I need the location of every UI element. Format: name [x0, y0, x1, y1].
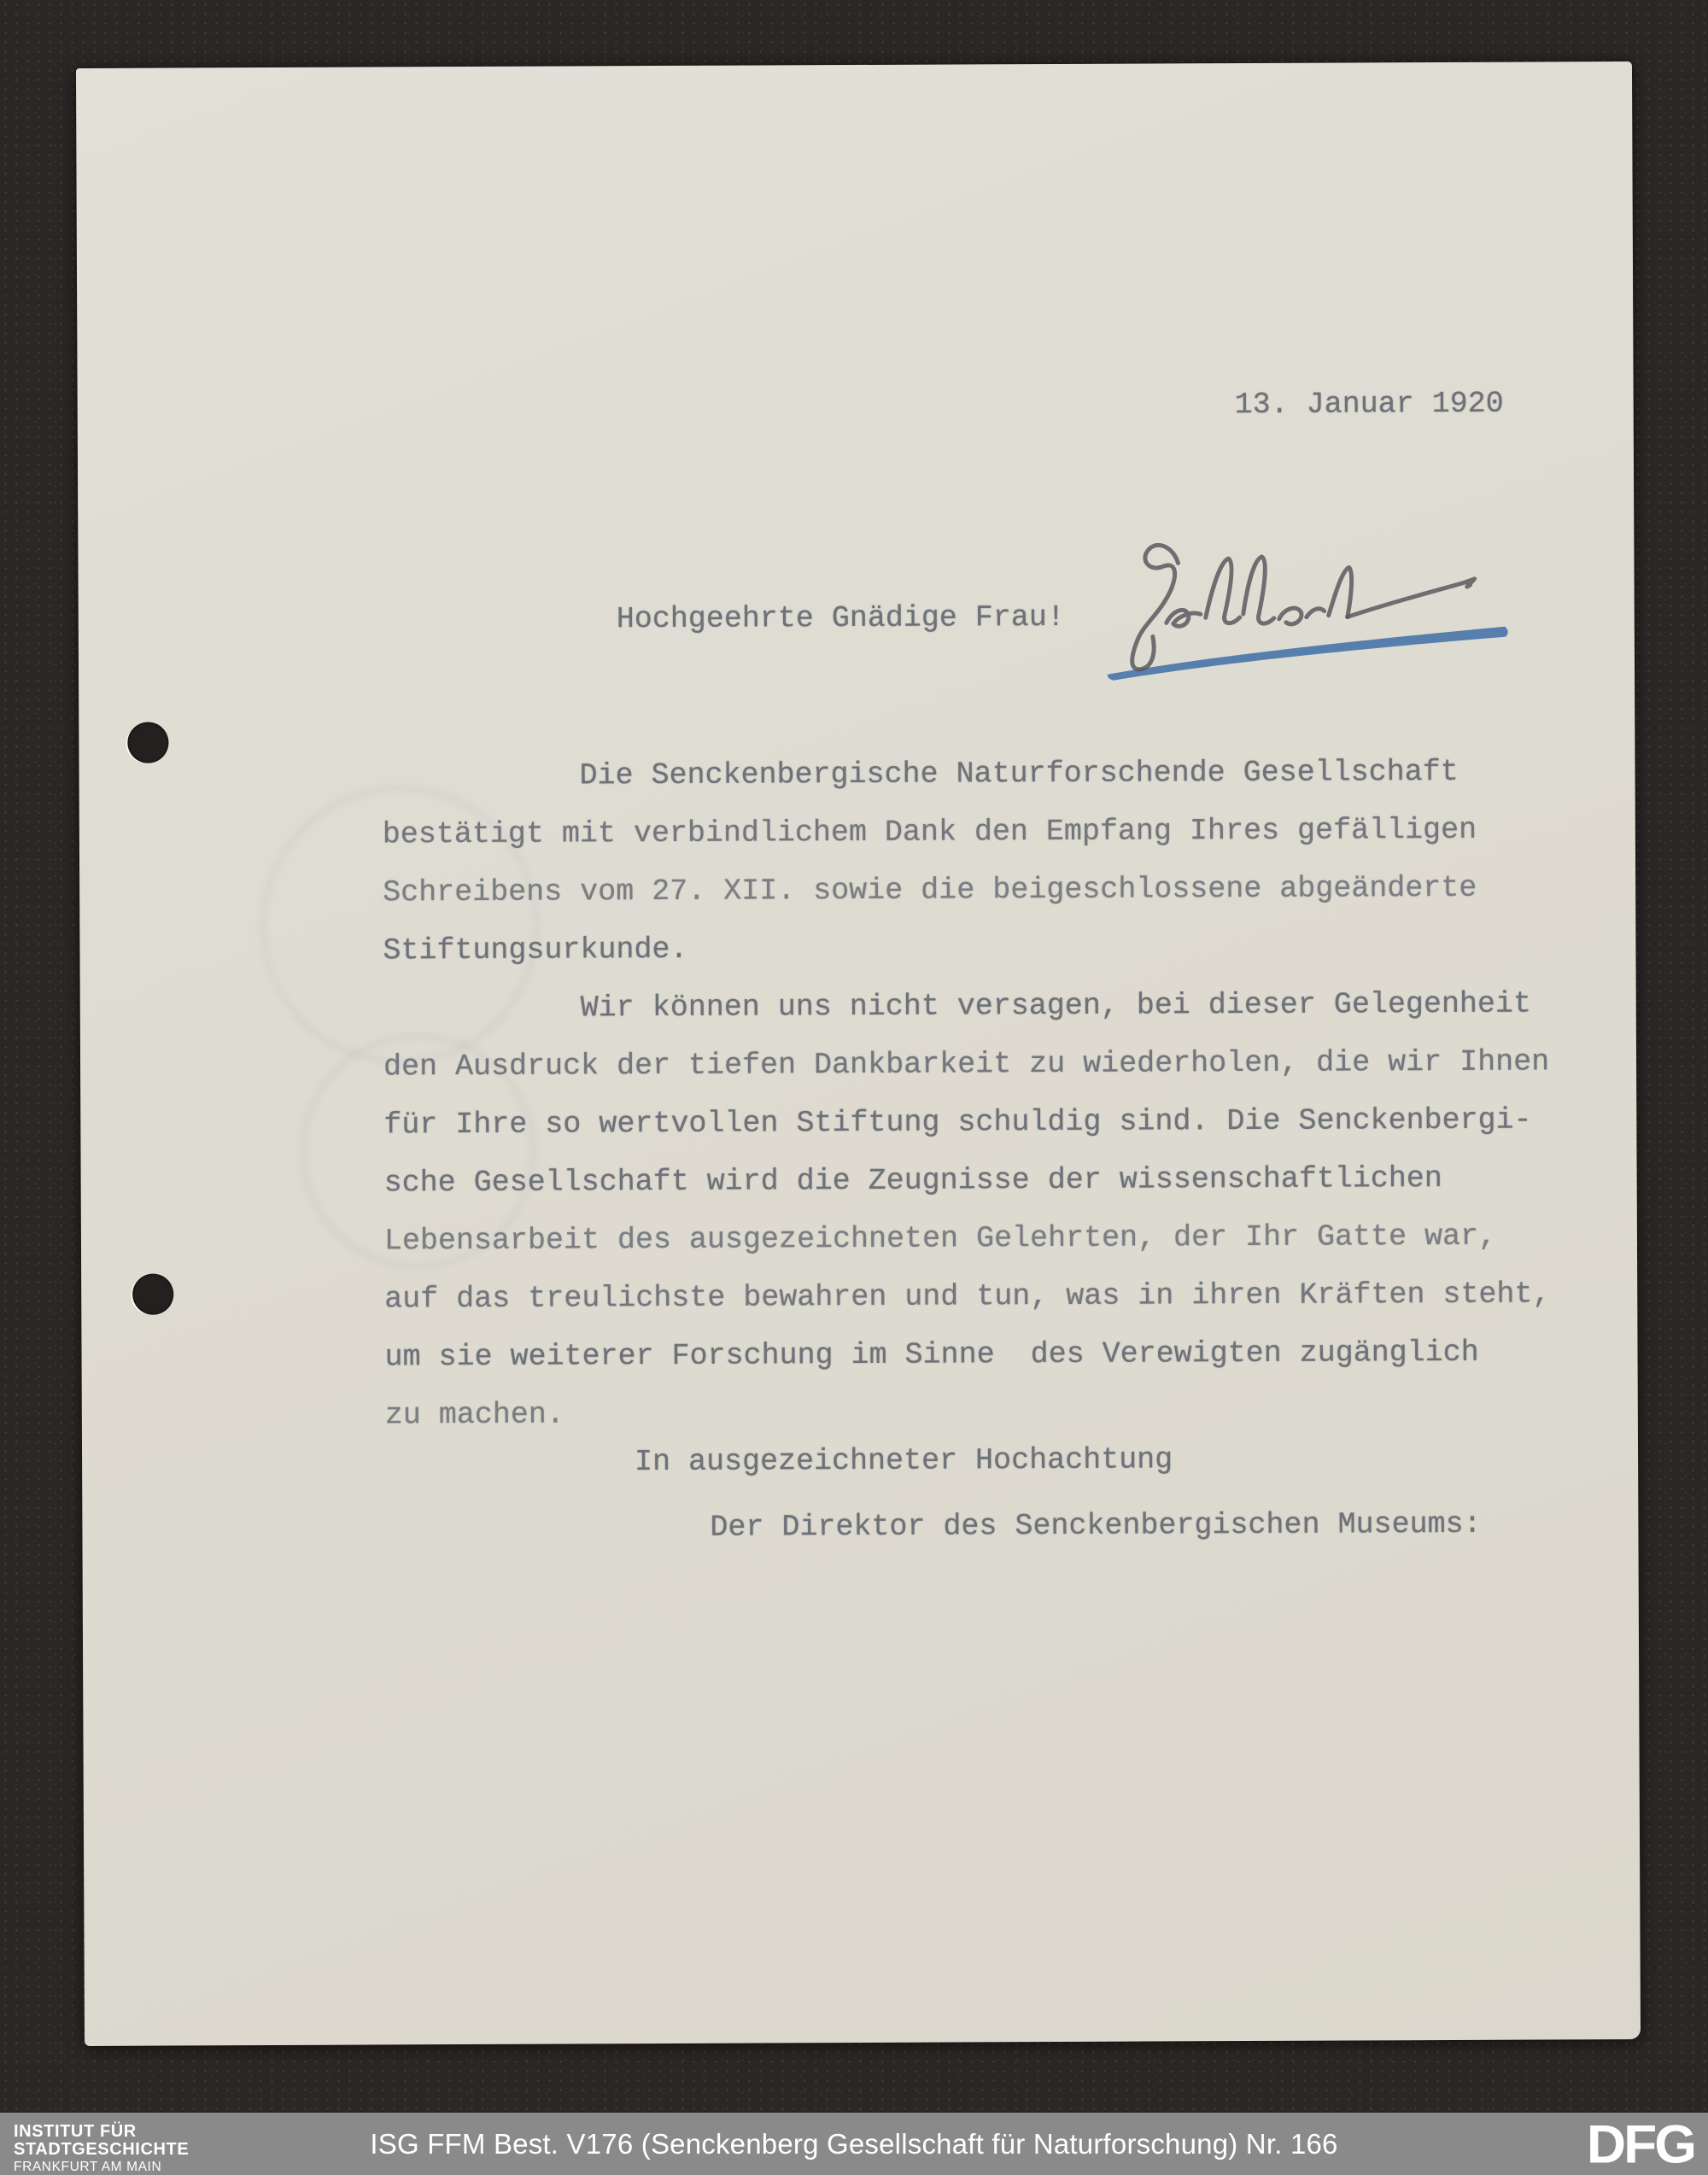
typed-line: um sie weiterer Forschung im Sinne des V… [384, 1335, 1551, 1398]
archival-scan-page: 13. Januar 1920 Hochgeehrte Gnädige Frau… [0, 0, 1708, 2175]
letter-body: Die Senckenbergische Naturforschende Ges… [382, 754, 1551, 1456]
date-line: 13. Januar 1920 [1235, 387, 1504, 422]
typed-line: den Ausdruck der tiefen Dankbarkeit zu w… [383, 1044, 1550, 1108]
salutation-line: Hochgeehrte Gnädige Frau! [617, 600, 1065, 636]
hole-punch-bottom [132, 1274, 173, 1315]
handwritten-annotation: Gebhard [1077, 526, 1539, 716]
pencil-capital-letter [1132, 545, 1179, 669]
isg-logo-line-1: INSTITUT FÜR [14, 2123, 189, 2141]
typed-line: Lebensarbeit des ausgezeichneten Gelehrt… [384, 1219, 1551, 1282]
archive-caption: ISG FFM Best. V176 (Senckenberg Gesellsc… [370, 2128, 1337, 2160]
letter-paper: 13. Januar 1920 Hochgeehrte Gnädige Frau… [76, 61, 1641, 2046]
isg-logo-line-2: STADTGESCHICHTE [14, 2141, 189, 2159]
pencil-letters [1166, 556, 1351, 626]
typed-line: Wir können uns nicht versagen, bei diese… [383, 986, 1550, 1049]
typed-line: sche Gesellschaft wird die Zeugnisse der… [384, 1161, 1551, 1224]
closing-line-1: In ausgezeichneter Hochachtung [635, 1442, 1173, 1479]
hole-punch-top [127, 722, 168, 763]
dfg-logo: DFG [1587, 2113, 1694, 2175]
closing-line-2: Der Direktor des Senckenbergischen Museu… [710, 1507, 1481, 1545]
typed-line: Schreibens vom 27. XII. sowie die beiges… [383, 870, 1549, 933]
typed-line: Die Senckenbergische Naturforschende Ges… [382, 754, 1548, 817]
typed-line: Stiftungsurkunde. [383, 928, 1549, 991]
typed-line: bestätigt mit verbindlichem Dank den Emp… [383, 812, 1549, 875]
archive-footer-bar: INSTITUT FÜR STADTGESCHICHTE FRANKFURT A… [0, 2113, 1708, 2175]
isg-institution-logo: INSTITUT FÜR STADTGESCHICHTE FRANKFURT A… [14, 2123, 189, 2175]
isg-logo-line-3: FRANKFURT AM MAIN [14, 2159, 189, 2175]
handwritten-name-svg: Gebhard [1077, 526, 1539, 716]
typed-line: für Ihre so wertvollen Stiftung schuldig… [383, 1102, 1550, 1166]
annotation-underline [1108, 627, 1508, 681]
typed-line: auf das treulichste bewahren und tun, wa… [384, 1277, 1551, 1340]
pencil-final-flourish [1348, 579, 1475, 617]
